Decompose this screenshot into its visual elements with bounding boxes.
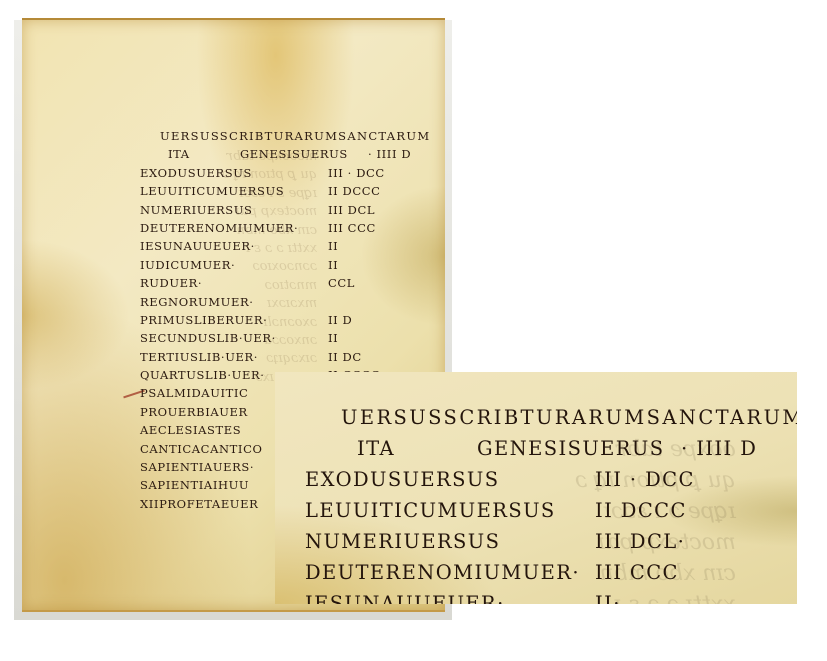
list-item: ITA GENESISUERUS · IIII D bbox=[140, 145, 445, 163]
list-item: EXODUSUERSUSIII · DCC bbox=[140, 164, 445, 182]
list-item: NUMERIUERSUSIII DCL· bbox=[305, 528, 797, 559]
list-item: DEUTERENOMIUMUER·III CCC bbox=[140, 219, 445, 237]
list-item: TERTIUSLIB·UER·II DC bbox=[140, 348, 445, 366]
list-item: NUMERIUERSUSIII DCL bbox=[140, 201, 445, 219]
list-item: LEUUITICUMUERSUSII DCCC bbox=[305, 497, 797, 528]
list-heading: UERSUSSCRIBTURARUMSANCTARUM bbox=[140, 127, 445, 145]
magnified-inset: ooxpe tabrqu ꝑ ptɪon ɪꝗ ɔɪꝗpe ɔ ɪ ɛɔɔɪmo… bbox=[275, 372, 797, 604]
inset-verse-list: UERSUSSCRIBTURARUMSANCTARUM ITA GENESISU… bbox=[305, 404, 797, 604]
list-item: ITA GENESISUERUS · IIII D bbox=[305, 435, 797, 466]
list-item: LEUUITICUMUERSUSII DCCC bbox=[140, 182, 445, 200]
list-heading: UERSUSSCRIBTURARUMSANCTARUM bbox=[305, 404, 797, 435]
list-item: DEUTERENOMIUMUER·III CCC bbox=[305, 559, 797, 590]
list-item: IUDICUMUER·II bbox=[140, 256, 445, 274]
list-item: IESUNAUUEUER·II· bbox=[305, 590, 797, 604]
list-item: REGNORUMUER· bbox=[140, 293, 445, 311]
list-item: EXODUSUERSUSIII · DCC bbox=[305, 466, 797, 497]
list-item: RUDUER·CCL bbox=[140, 274, 445, 292]
list-item: PRIMUSLIBERUER·II D bbox=[140, 311, 445, 329]
list-item: SECUNDUSLIB·UER·II bbox=[140, 329, 445, 347]
list-item: IESUNAUUEUER·II bbox=[140, 237, 445, 255]
